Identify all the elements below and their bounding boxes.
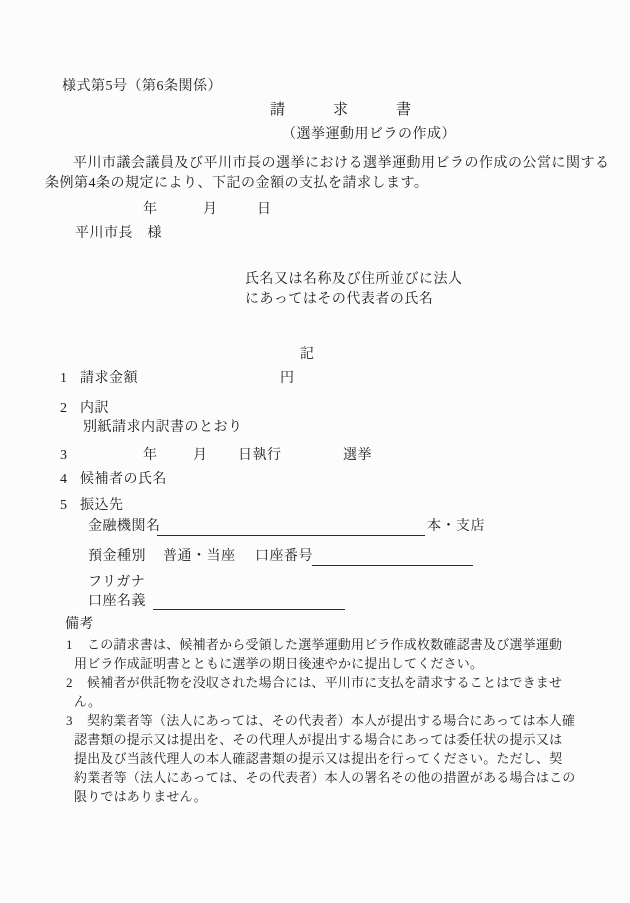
preamble-line: 条例第4条の規定により、下記の金額の支払を請求します。: [45, 176, 428, 192]
account-number-field-line: [312, 565, 473, 566]
item-label-candidate-name: 候補者の氏名: [80, 472, 167, 488]
note-line: 契約業者等（法人にあっては、その代表者）本人が提出する場合にあっては本人確: [87, 713, 575, 729]
date-year-label: 年: [143, 202, 158, 218]
note-line: 用ビラ作成証明書とともに選挙の期日後速やかに提出してください。: [74, 656, 483, 672]
yen-unit-label: 円: [280, 371, 295, 387]
bank-institution-label: 金融機関名: [88, 519, 161, 535]
remarks-heading: 備考: [65, 617, 94, 633]
election-label: 選挙: [343, 448, 372, 464]
note-line: 約業者等（法人にあっては、その代表者）本人の署名その他の措置がある場合はこの: [74, 770, 575, 786]
account-name-field-line: [153, 609, 345, 610]
item-label-transfer-destination: 振込先: [80, 498, 124, 514]
election-month-label: 月: [193, 448, 208, 464]
record-marker: 記: [300, 347, 315, 363]
item-number: 2: [60, 401, 68, 417]
form-number: 様式第5号（第6条関係）: [62, 79, 222, 95]
note-line: ん。: [74, 694, 101, 710]
item-number: 5: [60, 498, 68, 514]
applicant-label-line: 氏名又は名称及び住所並びに法人: [245, 272, 463, 288]
bank-branch-label: 本・支店: [427, 519, 485, 535]
item-number: 3: [60, 448, 68, 464]
note-line: 候補者が供託物を没収された場合には、平川市に支払を請求することはできませ: [87, 675, 562, 691]
account-name-label: 口座名義: [88, 594, 146, 610]
applicant-label-line: にあってはその代表者の氏名: [245, 292, 433, 308]
item-label-claim-amount: 請求金額: [80, 371, 138, 387]
note-line: この請求書は、候補者から受領した選挙運動用ビラ作成枚数確認書及び選挙運動: [87, 637, 562, 653]
bank-institution-field-line: [157, 535, 425, 536]
note-line: 限りではありません。: [74, 789, 207, 805]
document-subtitle: （選挙運動用ビラの作成）: [282, 127, 456, 143]
note-line: 提出及び当該代理人の本人確認書類の提示又は提出を行ってください。ただし、契: [74, 751, 562, 767]
addressee: 平川市長 様: [75, 226, 162, 242]
account-type-label: 預金種別: [88, 549, 146, 565]
account-number-label: 口座番号: [255, 549, 313, 565]
account-type-options: 普通・当座: [163, 549, 236, 565]
date-month-label: 月: [203, 202, 218, 218]
document-title: 請求書: [270, 102, 459, 118]
note-number: 3: [66, 713, 73, 729]
election-year-label: 年: [143, 448, 158, 464]
election-day-label: 日執行: [238, 448, 282, 464]
item-number: 4: [60, 472, 68, 488]
note-number: 1: [66, 637, 73, 653]
item-number: 1: [60, 371, 68, 387]
document-page: 様式第5号（第6条関係） 請求書 （選挙運動用ビラの作成） 平川市議会議員及び平…: [0, 0, 630, 903]
furigana-label: フリガナ: [88, 575, 145, 591]
breakdown-detail: 別紙請求内訳書のとおり: [83, 420, 243, 436]
date-day-label: 日: [257, 202, 272, 218]
note-number: 2: [66, 675, 73, 691]
preamble-line: 平川市議会議員及び平川市長の選挙における選挙運動用ビラの作成の公営に関する: [73, 156, 610, 172]
item-label-breakdown: 内訳: [80, 401, 109, 417]
note-line: 認書類の提示又は提出を、その代理人が提出する場合にあっては委任状の提示又は: [74, 732, 562, 748]
